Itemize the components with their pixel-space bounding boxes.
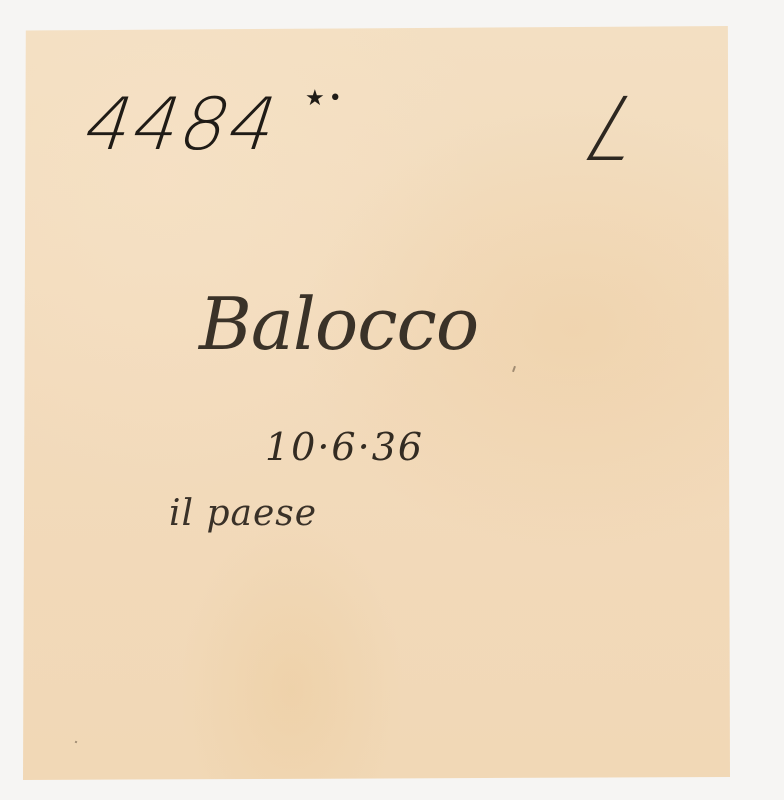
corner-letter: L xyxy=(568,86,668,174)
catalog-number: 4484 xyxy=(75,88,290,160)
handwritten-date: 10·6·36 xyxy=(265,428,424,466)
handwritten-note: il paese xyxy=(169,496,317,532)
paper-slip: 4484 ★• L Balocco 10·6·36 il paese xyxy=(23,26,730,780)
handwritten-name: Balocco xyxy=(199,288,478,360)
paper-speck xyxy=(512,366,516,372)
scan-background: 4484 ★• L Balocco 10·6·36 il paese xyxy=(0,0,784,800)
catalog-asterisks: ★• xyxy=(305,88,346,110)
paper-speck xyxy=(75,741,78,744)
